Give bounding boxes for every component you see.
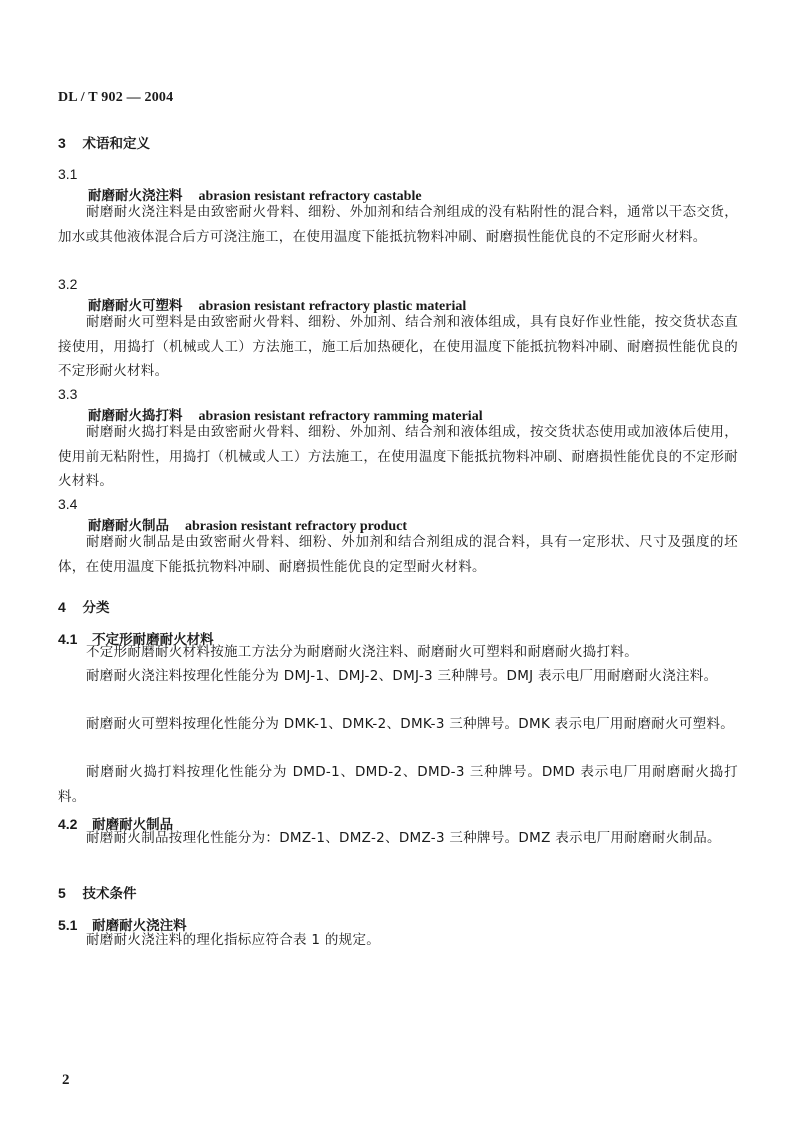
section-title: 术语和定义: [83, 136, 151, 152]
paragraph-4-1-b: 耐磨耐火浇注料按理化性能分为 DMJ-1、DMJ-2、DMJ-3 三种牌号。DM…: [58, 664, 738, 689]
section-number: 4: [58, 599, 66, 615]
clause-number-3-1: 3.1: [58, 166, 77, 182]
section-title: 技术条件: [83, 886, 137, 902]
clause-number-3-3: 3.3: [58, 386, 77, 402]
definition-3-3: 耐磨耐火捣打料是由致密耐火骨料、细粉、外加剂、结合剂和液体组成，按交货状态使用或…: [58, 420, 738, 494]
definition-3-2: 耐磨耐火可塑料是由致密耐火骨料、细粉、外加剂、结合剂和液体组成，具有良好作业性能…: [58, 310, 738, 384]
section-3-heading: 3 术语和定义: [58, 132, 150, 152]
definition-3-4: 耐磨耐火制品是由致密耐火骨料、细粉、外加剂和结合剂组成的混合料，具有一定形状、尺…: [58, 530, 738, 579]
section-5-heading: 5 技术条件: [58, 882, 137, 902]
paragraph-5-1-a: 耐磨耐火浇注料的理化指标应符合表 1 的规定。: [58, 928, 738, 953]
section-4-heading: 4 分类: [58, 596, 110, 616]
paragraph-4-1-d: 耐磨耐火捣打料按理化性能分为 DMD-1、DMD-2、DMD-3 三种牌号。DM…: [58, 760, 738, 809]
paragraph-4-2-a: 耐磨耐火制品按理化性能分为：DMZ-1、DMZ-2、DMZ-3 三种牌号。DMZ…: [58, 826, 738, 851]
paragraph-4-1-a: 不定形耐磨耐火材料按施工方法分为耐磨耐火浇注料、耐磨耐火可塑料和耐磨耐火捣打料。: [58, 640, 738, 665]
page-number: 2: [62, 1072, 70, 1089]
standard-code-header: DL / T 902 — 2004: [58, 90, 173, 106]
document-page: DL / T 902 — 2004 3 术语和定义 3.1 耐磨耐火浇注料abr…: [0, 0, 800, 1148]
clause-number-3-4: 3.4: [58, 496, 77, 512]
paragraph-4-1-c: 耐磨耐火可塑料按理化性能分为 DMK-1、DMK-2、DMK-3 三种牌号。DM…: [58, 712, 738, 737]
definition-3-1: 耐磨耐火浇注料是由致密耐火骨料、细粉、外加剂和结合剂组成的没有粘附性的混合料，通…: [58, 200, 738, 249]
section-title: 分类: [83, 600, 110, 616]
section-number: 5: [58, 885, 66, 901]
section-number: 3: [58, 135, 66, 151]
clause-number-3-2: 3.2: [58, 276, 77, 292]
